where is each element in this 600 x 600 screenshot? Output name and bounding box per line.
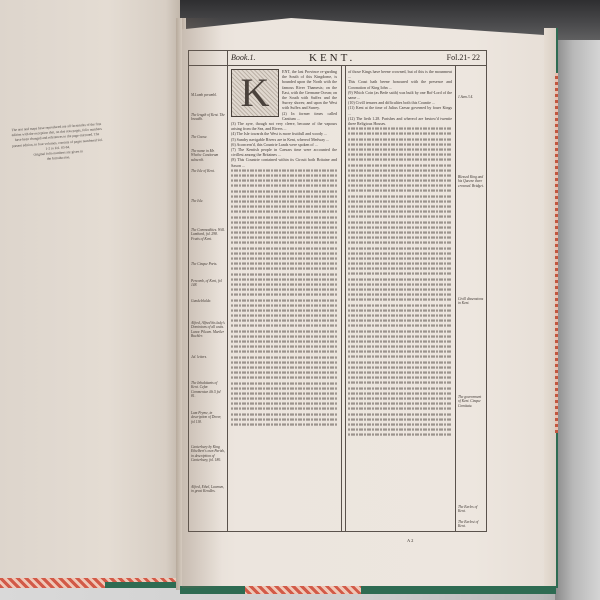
margin-note: The Earlest of Kent. (458, 520, 484, 529)
paragraph: (7) The Kentish people in Caesars time w… (231, 147, 337, 157)
left-margin-column: M.Lamb perambl. The length of Kent. The … (189, 65, 228, 531)
margin-note: Blessed King and his Queene there crowne… (458, 175, 484, 188)
note-line: the Introduction. (47, 155, 71, 161)
margin-note: The Earles of Kent. (458, 505, 484, 514)
margin-note: The Commodities. Will. Lambard, fol. 298… (191, 228, 225, 241)
margin-note: Alfred, Alfred his lady's Dominions of a… (191, 321, 225, 339)
decorated-initial: K (231, 69, 279, 117)
edge-red-pattern (555, 73, 558, 433)
paragraph: This Coast hath beene honoured with the … (348, 79, 452, 89)
text-column-right: of those Kings have beene crowned, but o… (348, 69, 452, 521)
binding-green-right (361, 586, 556, 594)
paragraph: (9) Which Coin (as Bede saith) was built… (348, 90, 452, 100)
margin-note: The Inhabitants of Kent. Cefar. Commenta… (191, 381, 225, 399)
paragraph: (3) The ayre, though not very cleere, be… (231, 121, 337, 131)
margin-note: The Isle of Kent. (191, 169, 225, 173)
page-block-edge (544, 28, 558, 588)
margin-note: Percomb, of Kent, fol 148. (191, 279, 225, 288)
paragraph: (4) The Isle towards the West is more fr… (231, 131, 337, 136)
right-margin-column: 1.Sam.3.4. Blessed King and his Queene t… (455, 65, 486, 531)
margin-note: Civill dissensions in Kent. (458, 297, 484, 306)
margin-note: The name in Mr. Wheloc Cantiorum subscri… (191, 149, 225, 162)
margin-note: Lam Pryme, in description of Dover, fol … (191, 411, 225, 424)
paragraph: (12) The lieth 1.28. Parishes and whereo… (348, 116, 452, 126)
margin-note: The Goose. (191, 135, 225, 139)
margin-note: 1.Sam.3.4. (458, 95, 484, 99)
paragraph: of those Kings have beene crowned, but o… (348, 69, 452, 79)
left-page: The text and maps have reproduced are al… (0, 0, 180, 588)
text-column-left: K ENT, the last Province re-garding the … (231, 69, 337, 521)
signature-mark: A 2 (407, 538, 413, 543)
margin-note: The Cinque Ports. (191, 262, 225, 266)
printed-page-frame: Book.1. KENT. Fol.21- 22 M.Lamb perambl.… (188, 50, 487, 532)
margin-note: Jul. letters. (191, 355, 225, 359)
margin-note: The government of Kent. Cinque Comitatu. (458, 395, 484, 408)
page-title: KENT. (309, 52, 355, 64)
running-head: Book.1. KENT. Fol.21- 22 (189, 51, 486, 66)
binding-green-left (180, 586, 245, 594)
left-page-note: The text and maps have reproduced are al… (9, 122, 106, 165)
paragraph: (11) Kent at the time of Julius Caesar g… (348, 105, 452, 115)
margin-note: M.Lamb perambl. (191, 93, 225, 97)
book-number: Book.1. (227, 51, 255, 65)
folio-number: Fol.21- 22 (447, 53, 480, 62)
margin-note: Alfred, Ethel, Lawmen, in great Kendles. (191, 485, 225, 494)
background-right (555, 40, 600, 600)
margin-note: Canterbury by King Ethelbert's own Paris… (191, 445, 225, 463)
margin-note: The length of Kent. The breadth. (191, 113, 225, 122)
margin-note: Gundelelalde. (191, 299, 225, 303)
cover-bottom-edge (180, 586, 556, 594)
column-divider (341, 65, 346, 531)
margin-note: The Isle. (191, 199, 225, 203)
binding-green-edge (105, 582, 180, 588)
paragraph: (8) This Countrie contained within its C… (231, 157, 337, 167)
